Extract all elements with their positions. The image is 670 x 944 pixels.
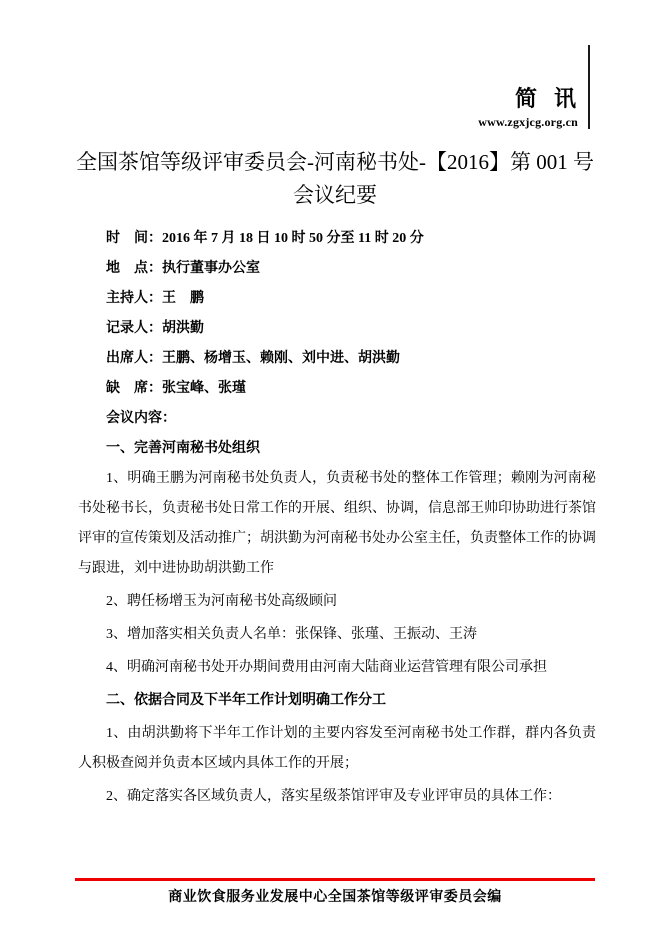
- meta-place-value: 执行董事办公室: [162, 261, 260, 276]
- meta-absent-value: 张宝峰、张瑾: [162, 381, 246, 396]
- footer-red-rule: [75, 878, 595, 881]
- meta-recorder-label: 记录人：: [106, 321, 162, 336]
- section1-heading: 一、完善河南秘书处组织: [78, 434, 596, 464]
- meeting-content-label: 会议内容：: [78, 404, 596, 434]
- meta-time: 时 间：2016 年 7 月 18 日 10 时 50 分至 11 时 20 分: [78, 224, 596, 254]
- page-footer: 商业饮食服务业发展中心全国茶馆等级评审委员会编: [75, 878, 595, 906]
- newsletter-brand: 简 讯: [515, 86, 578, 112]
- section1-item2: 2、聘任杨增玉为河南秘书处高级顾问: [78, 587, 596, 617]
- masthead-website-url: www.zgxjcg.org.cn: [478, 115, 578, 129]
- meta-place: 地 点：执行董事办公室: [78, 254, 596, 284]
- section2-item1: 1、由胡洪勤将下半年工作计划的主要内容发至河南秘书处工作群，群内各负责人积极查阅…: [78, 719, 596, 779]
- meta-recorder: 记录人：胡洪勤: [78, 314, 596, 344]
- document-title: 全国茶馆等级评审委员会-河南秘书处-【2016】第 001 号 会议纪要: [35, 146, 635, 212]
- document-title-line1: 全国茶馆等级评审委员会-河南秘书处-【2016】第 001 号: [35, 146, 635, 179]
- meta-attendees-value: 王鹏、杨增玉、赖刚、刘中进、胡洪勤: [162, 351, 400, 366]
- footer-imprint: 商业饮食服务业发展中心全国茶馆等级评审委员会编: [75, 886, 595, 906]
- masthead: 简 讯 www.zgxjcg.org.cn: [478, 45, 590, 129]
- meta-absent: 缺 席：张宝峰、张瑾: [78, 374, 596, 404]
- meta-recorder-value: 胡洪勤: [162, 321, 204, 336]
- meta-host-label: 主持人：: [106, 291, 162, 306]
- section2-item2: 2、确定落实各区域负责人，落实星级茶馆评审及专业评审员的具体工作：: [78, 782, 596, 812]
- meta-time-label: 时 间：: [106, 231, 162, 246]
- document-body: 时 间：2016 年 7 月 18 日 10 时 50 分至 11 时 20 分…: [78, 224, 596, 815]
- section2-heading: 二、依据合同及下半年工作计划明确工作分工: [78, 686, 596, 716]
- document-title-line2: 会议纪要: [35, 179, 635, 212]
- section1-item3: 3、增加落实相关负责人名单：张保锋、张瑾、王振动、王涛: [78, 620, 596, 650]
- meta-attendees-label: 出席人：: [106, 351, 162, 366]
- meta-absent-label: 缺 席：: [106, 381, 162, 396]
- meta-time-value: 2016 年 7 月 18 日 10 时 50 分至 11 时 20 分: [162, 231, 424, 246]
- meta-attendees: 出席人：王鹏、杨增玉、赖刚、刘中进、胡洪勤: [78, 344, 596, 374]
- section1-item1: 1、明确王鹏为河南秘书处负责人，负责秘书处的整体工作管理；赖刚为河南秘书处秘书长…: [78, 464, 596, 584]
- meta-host: 主持人：王 鹏: [78, 284, 596, 314]
- meta-place-label: 地 点：: [106, 261, 162, 276]
- meta-host-value: 王 鹏: [162, 291, 204, 306]
- document-page: 简 讯 www.zgxjcg.org.cn 全国茶馆等级评审委员会-河南秘书处-…: [0, 0, 670, 944]
- section1-item4: 4、明确河南秘书处开办期间费用由河南大陆商业运营管理有限公司承担: [78, 653, 596, 683]
